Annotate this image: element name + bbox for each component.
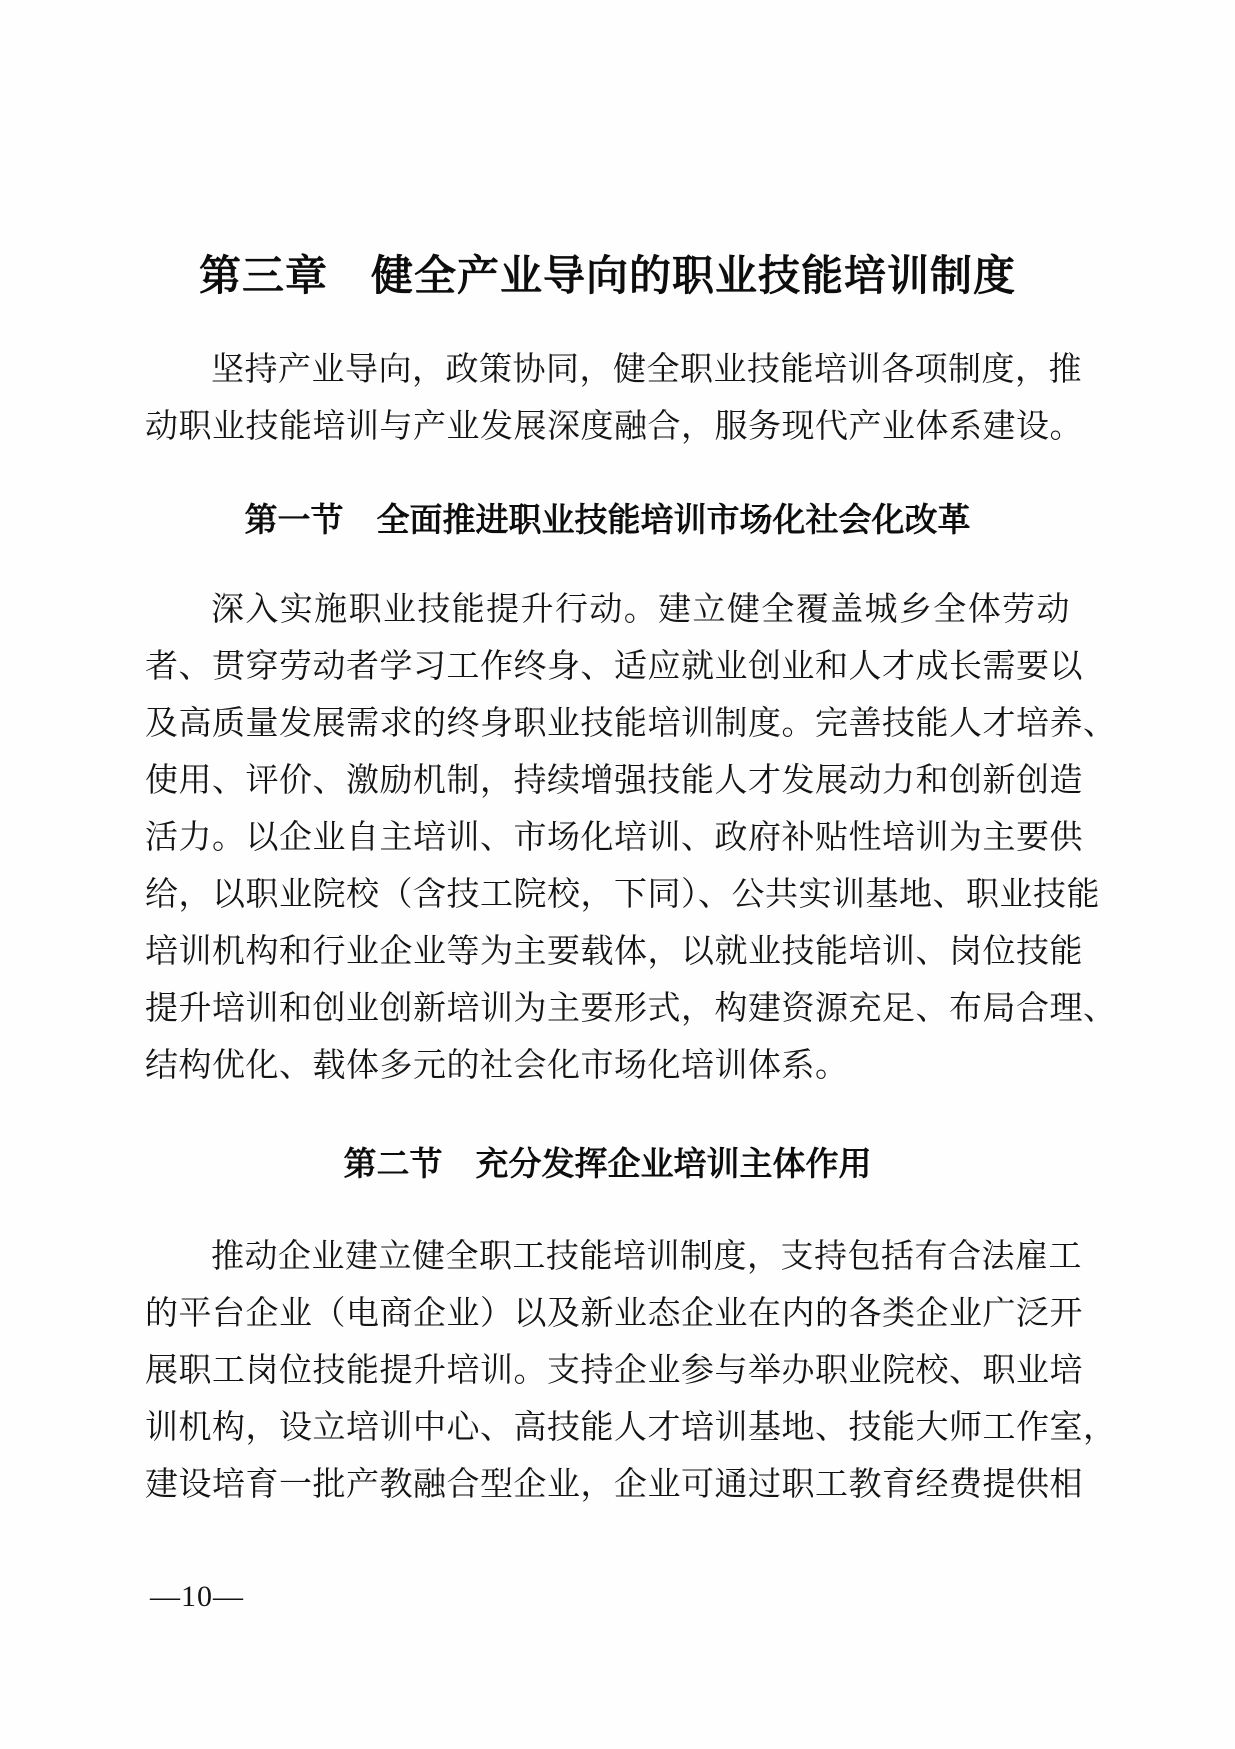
text-line: 坚持产业导向，政策协同，健全职业技能培训各项制度，推: [145, 342, 1070, 399]
text-line: 动职业技能培训与产业发展深度融合，服务现代产业体系建设。: [145, 399, 1070, 456]
text-line: 及高质量发展需求的终身职业技能培训制度。完善技能人才培养、: [145, 696, 1070, 753]
section-2-paragraph: 推动企业建立健全职工技能培训制度，支持包括有合法雇工的平台企业（电商企业）以及新…: [145, 1229, 1070, 1514]
page-number: —10—: [150, 1580, 244, 1614]
section-2-title: 第二节 充分发挥企业培训主体作用: [145, 1140, 1070, 1188]
text-line: 培训机构和行业企业等为主要载体，以就业技能培训、岗位技能: [145, 924, 1070, 981]
text-line: 者、贯穿劳动者学习工作终身、适应就业创业和人才成长需要以: [145, 639, 1070, 696]
text-line: 活力。以企业自主培训、市场化培训、政府补贴性培训为主要供: [145, 810, 1070, 867]
text-line: 给，以职业院校（含技工院校，下同）、公共实训基地、职业技能: [145, 867, 1070, 924]
text-line: 的平台企业（电商企业）以及新业态企业在内的各类企业广泛开: [145, 1286, 1070, 1343]
text-line: 深入实施职业技能提升行动。建立健全覆盖城乡全体劳动: [145, 582, 1070, 639]
text-line: 提升培训和创业创新培训为主要形式，构建资源充足、布局合理、: [145, 981, 1070, 1038]
intro-paragraph: 坚持产业导向，政策协同，健全职业技能培训各项制度，推动职业技能培训与产业发展深度…: [145, 342, 1070, 456]
text-line: 展职工岗位技能提升培训。支持企业参与举办职业院校、职业培: [145, 1343, 1070, 1400]
text-line: 使用、评价、激励机制，持续增强技能人才发展动力和创新创造: [145, 753, 1070, 810]
section-1-paragraph: 深入实施职业技能提升行动。建立健全覆盖城乡全体劳动者、贯穿劳动者学习工作终身、适…: [145, 582, 1070, 1095]
section-1-title: 第一节 全面推进职业技能培训市场化社会化改革: [145, 496, 1070, 544]
text-line: 结构优化、载体多元的社会化市场化培训体系。: [145, 1038, 1070, 1095]
text-line: 推动企业建立健全职工技能培训制度，支持包括有合法雇工: [145, 1229, 1070, 1286]
chapter-title: 第三章 健全产业导向的职业技能培训制度: [145, 246, 1070, 306]
text-line: 训机构，设立培训中心、高技能人才培训基地、技能大师工作室，: [145, 1400, 1070, 1457]
document-page: 第三章 健全产业导向的职业技能培训制度 坚持产业导向，政策协同，健全职业技能培训…: [0, 0, 1235, 1749]
text-line: 建设培育一批产教融合型企业，企业可通过职工教育经费提供相: [145, 1457, 1070, 1514]
